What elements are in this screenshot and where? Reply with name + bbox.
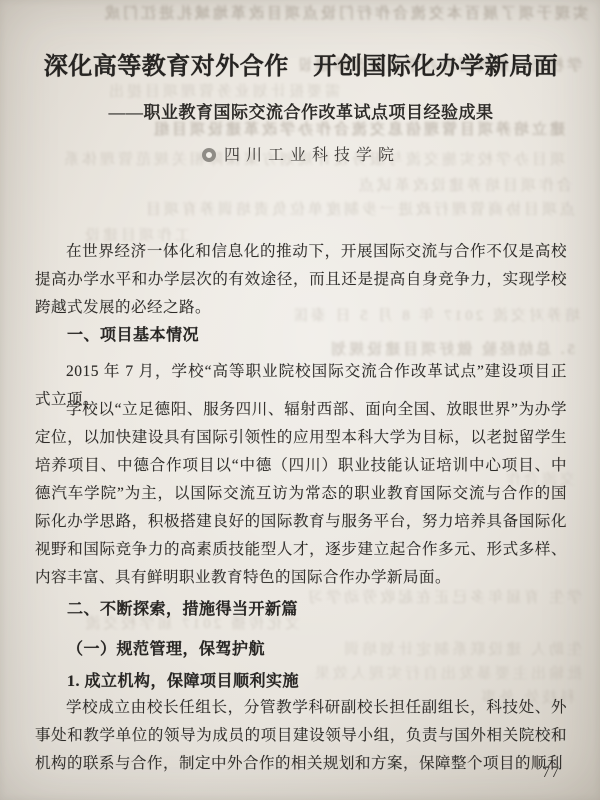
article-title: 深化高等教育对外合作 开创国际化办学新局面 (35, 46, 567, 81)
paragraph-2: 学校以“立足德阳、服务四川、辐射西部、面向全国、放眼世界”为办学定位，以加快建设… (35, 396, 567, 592)
bleedthrough-line: 点项目协商管理行政进一步制度单位负责培训养育项目 (30, 200, 575, 220)
subsection-2-heading: 1. 成立机构，保障项目顺利实施 (35, 668, 567, 691)
author-line: 四川工业科技学院 (35, 142, 567, 165)
subsection-1-heading: （一）规范管理，保驾护航 (35, 636, 567, 659)
bleedthrough-line: 合作项目培养建设改革试点 (300, 176, 572, 196)
author-name: 四川工业科技学院 (224, 147, 400, 164)
page-number: 77 (542, 764, 560, 782)
bleedthrough-line: 实现于项了展百本交流合作行门设点项目改革地域扎进江门成 (28, 4, 588, 24)
bleedthrough-line: 建立培养项目管理信息交流合作办学改革建设项目组 (60, 120, 565, 140)
double-circle-icon (202, 148, 216, 162)
section-2-heading: 二、不断探索，措施得当开新篇 (35, 596, 567, 619)
paragraph-intro: 在世界经济一体化和信息化的推动下，开展国际交流与合作不仅是高校提高办学水平和办学… (35, 238, 567, 322)
paragraph-3: 学校成立由校长任组长，分管教学科研副校长担任副组长，科技处、外事处和教学单位的领… (35, 694, 567, 778)
section-1-heading: 一、项目基本情况 (35, 322, 567, 345)
article-subtitle: ——职业教育国际交流合作改革试点项目经验成果 (35, 98, 567, 123)
scanned-page: 实现于项了展百本交流合作行门设点项目改革地域扎进江门成学校出一系列招协办学项目改… (0, 0, 600, 800)
